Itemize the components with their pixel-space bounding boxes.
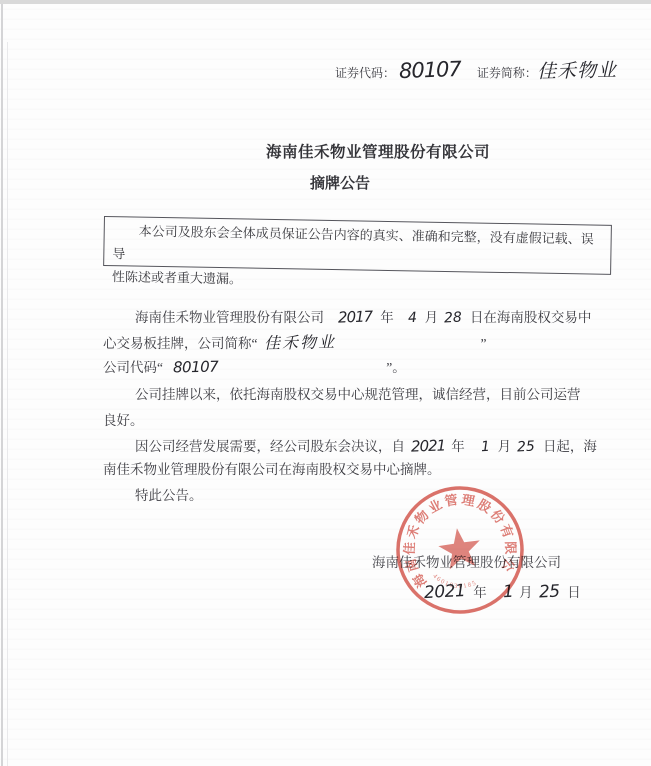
p1-code-handwritten: 80107 <box>173 360 218 376</box>
securities-name-value-handwritten: 佳禾物业 <box>537 61 617 81</box>
paragraph-1-line-1: 海南佳禾物业管理股份有限公司 2017 年 4 月 28 日在海南股权交易中 <box>135 306 591 326</box>
month-label: 月 <box>425 306 439 326</box>
securities-header: 证券代码： 80107 证券简称： 佳禾物业 <box>335 60 617 81</box>
paragraph-1-line-3: 公司代码“ 80107 ”。 <box>103 356 406 376</box>
p1-month-handwritten: 4 <box>407 311 417 325</box>
scan-edge-left-faint <box>7 42 8 766</box>
p3-day-handwritten: 25 <box>517 440 536 455</box>
scan-edge-top <box>0 0 651 4</box>
day-label: 日 <box>567 581 581 601</box>
document-title: 海南佳禾物业管理股份有限公司 <box>266 140 490 162</box>
month-label: 月 <box>498 435 512 455</box>
p1-line3-close-quote: ”。 <box>386 356 406 376</box>
year-label: 年 <box>451 435 465 455</box>
paragraph-2-line-2: 良好。 <box>103 409 144 429</box>
securities-name-label: 证券简称： <box>477 64 537 81</box>
p3-lead-text: 因公司经营发展需要，经公司股东会决议，自 <box>135 435 405 455</box>
year-label: 年 <box>380 306 394 326</box>
p1-company-name: 海南佳禾物业管理股份有限公司 <box>135 306 324 326</box>
p1-line3-prefix: 公司代码“ <box>103 356 163 376</box>
disclaimer-box: 本公司及股东会全体成员保证公告内容的真实、准确和完整，没有虚假记载、误导 性陈述… <box>103 216 612 275</box>
securities-code-value-handwritten: 80107 <box>399 59 462 82</box>
p1-year-handwritten: 2017 <box>338 309 373 325</box>
p1-line2-close-quote: ” <box>481 336 487 352</box>
p3-line1-rest: 日起，海 <box>543 435 597 455</box>
scanned-document: { "securities": { "code_label": "证券代码：",… <box>0 0 651 766</box>
p1-line1-rest: 日在海南股权交易中 <box>470 306 592 326</box>
p1-short-name-handwritten: 佳禾物业 <box>263 334 335 351</box>
star-icon <box>436 525 483 570</box>
scan-edge-left <box>1 4 3 766</box>
closing-statement: 特此公告。 <box>135 484 203 504</box>
document-subtitle: 摘牌公告 <box>310 172 370 193</box>
company-seal: 海南佳禾物业管理股份有限公司 4601030185 <box>384 474 535 625</box>
paragraph-1-line-2: 心交易板挂牌，公司简称“ 佳禾物业 ” <box>103 332 487 352</box>
p3-year-handwritten: 2021 <box>411 438 446 454</box>
seal-code-text: 4601030185 <box>431 567 479 594</box>
p3-month-handwritten: 1 <box>480 440 490 454</box>
p1-line2-prefix: 心交易板挂牌，公司简称“ <box>103 332 258 352</box>
paragraph-3-line-2: 南佳禾物业管理股份有限公司在海南股权交易中心摘牌。 <box>103 458 441 478</box>
date-day-handwritten: 25 <box>538 583 560 601</box>
paragraph-3-line-1: 因公司经营发展需要，经公司股东会决议，自 2021 年 1 月 25 日起，海 <box>135 435 597 455</box>
securities-code-label: 证券代码： <box>335 64 395 81</box>
paragraph-2-line-1: 公司挂牌以来，依托海南股权交易中心规范管理，诚信经营，目前公司运营 <box>135 383 581 403</box>
svg-text:4601030185: 4601030185 <box>431 567 479 594</box>
p1-day-handwritten: 28 <box>444 311 463 326</box>
